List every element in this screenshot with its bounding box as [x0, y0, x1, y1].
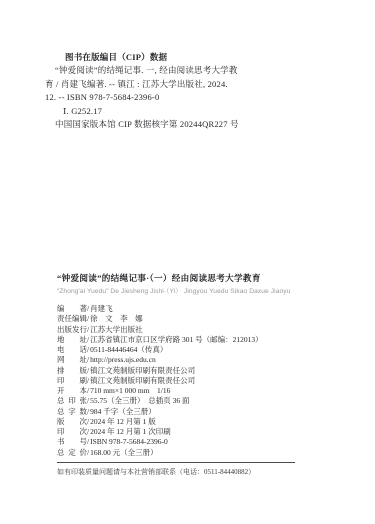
publication-row: 出版发行/江苏大学出版社: [57, 325, 319, 335]
publication-value: 984 千字（全三册）: [90, 407, 156, 416]
cip-heading: 图书在版编目（CIP）数据: [45, 51, 325, 64]
publication-value: 2024 年 12 月第 1 次印刷: [90, 427, 171, 436]
publication-label: 网址: [57, 355, 87, 365]
book-title-pinyin: “Zhong'ai Yuedu” De Jiesheng Jishi·（Yi） …: [57, 287, 319, 296]
publication-label: 开本: [57, 386, 87, 396]
publication-label: 编著: [57, 304, 87, 314]
publication-value: 江苏大学出版社: [90, 325, 143, 334]
copyright-page: { "page": { "background": "#ffffff", "te…: [0, 0, 375, 524]
publication-label: 总字数: [57, 407, 87, 417]
publication-row: 印次/2024 年 12 月第 1 次印刷: [57, 427, 319, 437]
publication-label: 印刷: [57, 376, 87, 386]
publication-row: 编著/肖建飞: [57, 304, 319, 314]
publication-label: 出版发行: [57, 325, 87, 335]
cip-line: 12. -- ISBN 978-7-5684-2396-0: [45, 91, 325, 104]
cip-line: 育 / 肖建飞编著. -- 镇江 : 江苏大学出版社, 2024.: [45, 78, 325, 91]
publication-value: 镇江文苑制版印刷有限责任公司: [90, 376, 195, 385]
publication-row: 版次/2024 年 12 月第 1 版: [57, 417, 319, 427]
publication-value: 710 mm×1 000 mm 1/16: [90, 386, 170, 395]
publication-label: 总印张: [57, 396, 87, 406]
cip-data-block: 图书在版编目（CIP）数据 “钟爱阅读”的结绳记事. 一, 经由阅读思考大学教 …: [45, 51, 325, 131]
publication-row: 书号/ISBN 978-7-5684-2396-0: [57, 437, 319, 447]
publication-label: 总定价: [57, 448, 87, 458]
publication-label: 责任编辑: [57, 314, 87, 324]
cip-line: Ⅰ. G252.17: [45, 105, 325, 118]
publication-value: 168.00 元（全三册）: [90, 448, 158, 457]
publication-row: 总字数/984 千字（全三册）: [57, 407, 319, 417]
publication-row: 责任编辑/徐 文 李 娜: [57, 314, 319, 324]
publication-value: 2024 年 12 月第 1 版: [90, 417, 156, 426]
publication-value: 肖建飞: [90, 304, 113, 313]
book-title: “钟爱阅读”的结绳记事·（一）经由阅读思考大学教育: [57, 273, 319, 284]
divider-rule: [57, 462, 295, 463]
publication-value: 徐 文 李 娜: [90, 314, 143, 323]
publication-label: 印次: [57, 427, 87, 437]
publication-row: 开本/710 mm×1 000 mm 1/16: [57, 386, 319, 396]
publication-row: 总印张/55.75（全三册） 总插页 36 面: [57, 396, 319, 406]
publication-row: 电话/0511-84446464（传真）: [57, 345, 319, 355]
publication-value: http://press.ujs.edu.cn: [90, 355, 156, 364]
publication-label: 版次: [57, 417, 87, 427]
publication-value: 镇江文苑制版印刷有限责任公司: [90, 366, 195, 375]
publication-value: 0511-84446464（传真）: [90, 345, 167, 354]
publication-value: ISBN 978-7-5684-2396-0: [90, 437, 168, 446]
publication-label: 排版: [57, 366, 87, 376]
publication-row: 地址/江苏省镇江市京口区学府路 301 号（邮编：212013）: [57, 335, 319, 345]
cip-line: 中国国家版本馆 CIP 数据核字第 20244QR227 号: [45, 118, 325, 131]
publication-label: 电话: [57, 345, 87, 355]
publication-label: 地址: [57, 335, 87, 345]
publication-row: 排版/镇江文苑制版印刷有限责任公司: [57, 366, 319, 376]
publication-row: 印刷/镇江文苑制版印刷有限责任公司: [57, 376, 319, 386]
publication-row: 网址/http://press.ujs.edu.cn: [57, 355, 319, 365]
publication-label: 书号: [57, 437, 87, 447]
colophon-block: “钟爱阅读”的结绳记事·（一）经由阅读思考大学教育 “Zhong'ai Yued…: [57, 273, 319, 477]
publication-value: 55.75（全三册） 总插页 36 面: [90, 396, 189, 405]
quality-note: 如有印装质量问题请与本社营销部联系（电话：0511-84440882）: [57, 467, 319, 477]
publication-list: 编著/肖建飞 责任编辑/徐 文 李 娜 出版发行/江苏大学出版社 地址/江苏省镇…: [57, 304, 319, 458]
publication-row: 总定价/168.00 元（全三册）: [57, 448, 319, 458]
cip-line: “钟爱阅读”的结绳记事. 一, 经由阅读思考大学教: [45, 64, 325, 77]
publication-value: 江苏省镇江市京口区学府路 301 号（邮编：212013）: [90, 335, 263, 344]
